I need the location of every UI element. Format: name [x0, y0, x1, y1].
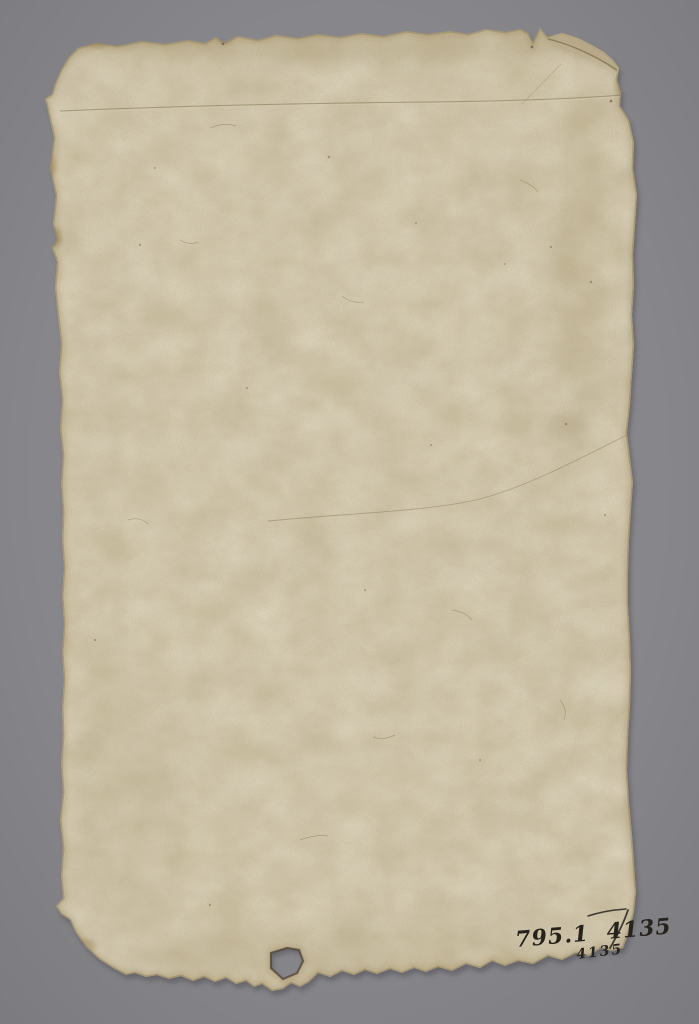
photograph-of-paper-sheet: 795.1 4135 4135	[0, 0, 699, 1024]
paper-photo-canvas: 795.1 4135 4135	[0, 0, 699, 1024]
paper-surface	[30, 15, 660, 1010]
